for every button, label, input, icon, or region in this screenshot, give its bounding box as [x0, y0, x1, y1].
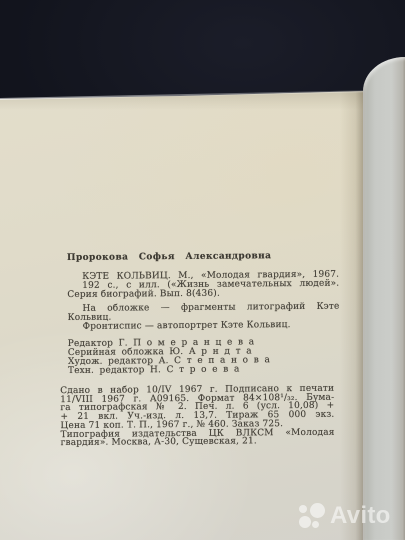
avito-logo-icon: [299, 505, 307, 513]
avito-logo-icon: [310, 503, 325, 518]
page-stack-fore-edge: [363, 57, 405, 540]
bibliography-block: КЭТЕ КОЛЬВИЦ. М., «Молодая гвардия», 196…: [67, 271, 339, 300]
text-line: Техн. редактор Н. С т р о е в а: [68, 365, 340, 376]
text-line: Фронтиспис — автопортрет Кэте Кольвиц.: [68, 321, 340, 332]
book-photo: Пророкова Софья Александровна КЭТЕ КОЛЬВ…: [0, 0, 405, 540]
credits-block: Редактор Г. П о м е р а н ц е в аСерийна…: [68, 338, 340, 376]
imprint-page-text: Пророкова Софья Александровна КЭТЕ КОЛЬВ…: [67, 252, 341, 448]
avito-watermark: Avito: [296, 500, 400, 534]
cover-note-block: На обложке — фрагменты литографий КэтеКо…: [67, 303, 339, 332]
avito-watermark-text: Avito: [330, 504, 391, 528]
avito-logo-icon: [312, 521, 319, 528]
imprint-block: Сдано в набор 10/IV 1967 г. Подписано к …: [60, 385, 335, 448]
avito-logo-icon: [299, 516, 311, 528]
author-line: Пророкова Софья Александровна: [67, 252, 339, 263]
text-line: Серия биографий. Вып. 8(436).: [67, 289, 339, 300]
